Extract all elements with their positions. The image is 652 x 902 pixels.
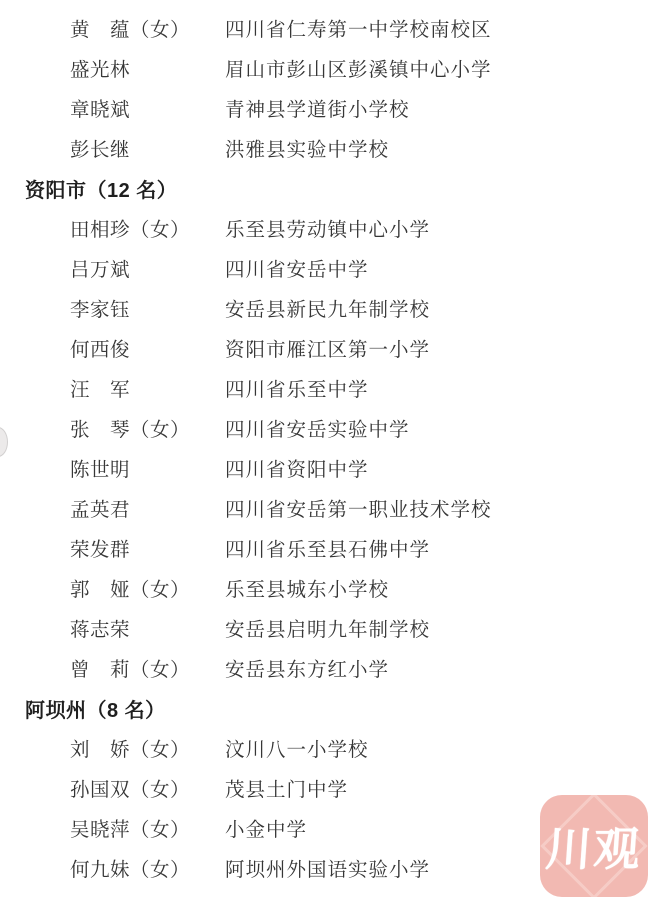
roster-entry: 盛光林眉山市彭山区彭溪镇中心小学 [0,48,652,88]
roster-entry: 刘 娇（女）汶川八一小学校 [0,728,652,768]
entry-name: 曾 莉（女） [70,654,225,682]
roster-entry: 章晓斌青神县学道街小学校 [0,88,652,128]
entry-school: 乐至县劳动镇中心小学 [225,214,430,242]
chuanguan-watermark-logo: 川观 [540,795,648,897]
award-roster-page: 黄 蕴（女）四川省仁寿第一中学校南校区盛光林眉山市彭山区彭溪镇中心小学章晓斌青神… [0,0,652,902]
entry-name: 何西俊 [70,334,225,362]
entry-school: 四川省安岳中学 [225,254,369,282]
entry-school: 乐至县城东小学校 [225,574,389,602]
entry-school: 眉山市彭山区彭溪镇中心小学 [225,54,492,82]
entry-school: 青神县学道街小学校 [225,94,410,122]
roster-entry: 何西俊资阳市雁江区第一小学 [0,328,652,368]
entry-name: 孟英君 [70,494,225,522]
roster-entry: 汪 军四川省乐至中学 [0,368,652,408]
entry-school: 安岳县新民九年制学校 [225,294,430,322]
roster-entry: 曾 莉（女）安岳县东方红小学 [0,648,652,688]
entry-name: 汪 军 [70,374,225,402]
roster-entry: 荣发群四川省乐至县石佛中学 [0,528,652,568]
roster-entry: 郭 娅（女）乐至县城东小学校 [0,568,652,608]
roster-entry: 吕万斌四川省安岳中学 [0,248,652,288]
entry-school: 四川省仁寿第一中学校南校区 [225,14,492,42]
entry-school: 阿坝州外国语实验小学 [225,854,430,882]
section-header: 阿坝州（8 名） [0,688,652,728]
entry-name: 陈世明 [70,454,225,482]
entry-school: 洪雅县实验中学校 [225,134,389,162]
section-header: 资阳市（12 名） [0,168,652,208]
roster-entry: 张 琴（女）四川省安岳实验中学 [0,408,652,448]
roster-entry: 彭长继洪雅县实验中学校 [0,128,652,168]
entry-school: 四川省乐至县石佛中学 [225,534,430,562]
entry-name: 吕万斌 [70,254,225,282]
logo-text: 川观 [540,795,648,897]
entry-name: 李家钰 [70,294,225,322]
entry-name: 吴晓萍（女） [70,814,225,842]
entry-school: 小金中学 [225,814,307,842]
entry-name: 田相珍（女） [70,214,225,242]
entry-school: 四川省安岳实验中学 [225,414,410,442]
entry-name: 孙国双（女） [70,774,225,802]
entry-name: 刘 娇（女） [70,734,225,762]
roster-entry: 陈世明四川省资阳中学 [0,448,652,488]
roster-list: 黄 蕴（女）四川省仁寿第一中学校南校区盛光林眉山市彭山区彭溪镇中心小学章晓斌青神… [0,8,652,888]
roster-entry: 蒋志荣安岳县启明九年制学校 [0,608,652,648]
entry-school: 茂县土门中学 [225,774,348,802]
entry-name: 彭长继 [70,134,225,162]
entry-name: 章晓斌 [70,94,225,122]
entry-school: 四川省乐至中学 [225,374,369,402]
entry-name: 何九妹（女） [70,854,225,882]
roster-entry: 黄 蕴（女）四川省仁寿第一中学校南校区 [0,8,652,48]
entry-school: 安岳县启明九年制学校 [225,614,430,642]
entry-school: 安岳县东方红小学 [225,654,389,682]
entry-name: 盛光林 [70,54,225,82]
entry-school: 四川省安岳第一职业技术学校 [225,494,492,522]
roster-entry: 田相珍（女）乐至县劳动镇中心小学 [0,208,652,248]
entry-name: 蒋志荣 [70,614,225,642]
entry-name: 荣发群 [70,534,225,562]
entry-name: 张 琴（女） [70,414,225,442]
entry-school: 汶川八一小学校 [225,734,369,762]
entry-name: 黄 蕴（女） [70,14,225,42]
roster-entry: 孟英君四川省安岳第一职业技术学校 [0,488,652,528]
roster-entry: 李家钰安岳县新民九年制学校 [0,288,652,328]
entry-name: 郭 娅（女） [70,574,225,602]
entry-school: 资阳市雁江区第一小学 [225,334,430,362]
entry-school: 四川省资阳中学 [225,454,369,482]
